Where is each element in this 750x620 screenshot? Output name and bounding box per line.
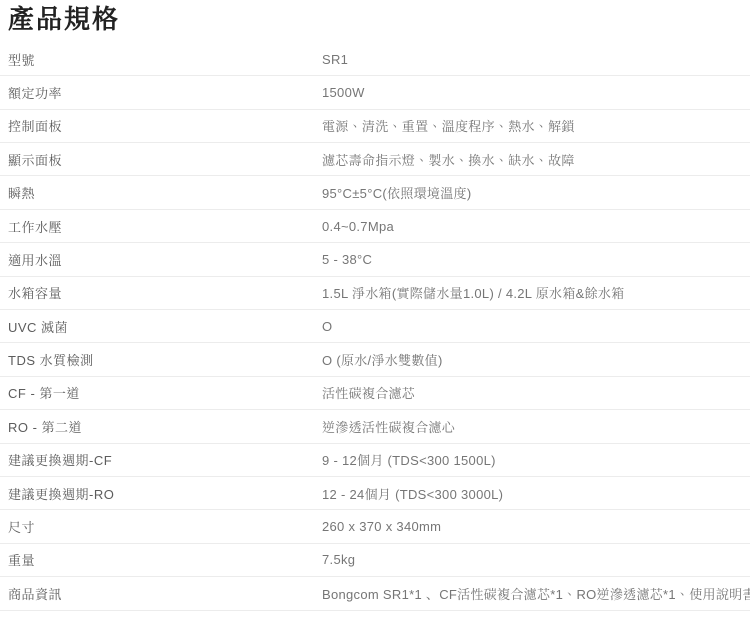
spec-row-label: 尺寸 <box>0 517 322 536</box>
spec-row-value: 7.5kg <box>322 552 750 567</box>
spec-row-value: 1500W <box>322 85 750 100</box>
spec-row-label: UVC 滅菌 <box>0 317 322 336</box>
spec-row-label: RO - 第二道 <box>0 417 322 436</box>
spec-row-value: 260 x 370 x 340mm <box>322 519 750 534</box>
spec-row-value: 活性碳複合濾芯 <box>322 383 750 402</box>
spec-row-value: 逆滲透活性碳複合濾心 <box>322 417 750 436</box>
spec-table-row: 控制面板 電源、清洗、重置、溫度程序、熱水、解鎖 <box>0 110 750 143</box>
spec-row-value: 12 - 24個月 (TDS<300 3000L) <box>322 484 750 503</box>
spec-row-label: 顯示面板 <box>0 150 322 169</box>
spec-row-value: O <box>322 319 750 334</box>
spec-row-value: 95°C±5°C(依照環境溫度) <box>322 183 750 202</box>
product-spec-page: 產品規格 型號 SR1 額定功率 1500W 控制面板 電源、清洗、重置、溫度程… <box>0 0 750 620</box>
spec-row-label: 重量 <box>0 550 322 569</box>
spec-row-label: 水箱容量 <box>0 283 322 302</box>
spec-row-label: 額定功率 <box>0 83 322 102</box>
spec-row-label: 瞬熱 <box>0 183 322 202</box>
spec-row-value: 電源、清洗、重置、溫度程序、熱水、解鎖 <box>322 116 750 135</box>
spec-table-row: 水箱容量 1.5L 淨水箱(實際儲水量1.0L) / 4.2L 原水箱&餘水箱 <box>0 277 750 310</box>
spec-row-label: TDS 水質檢測 <box>0 350 322 369</box>
spec-table-row: RO - 第二道 逆滲透活性碳複合濾心 <box>0 410 750 443</box>
page-title: 產品規格 <box>0 0 750 35</box>
spec-row-value: 1.5L 淨水箱(實際儲水量1.0L) / 4.2L 原水箱&餘水箱 <box>322 283 750 302</box>
spec-table-row: 商品資訊 Bongcom SR1*1 、CF活性碳複合濾芯*1、RO逆滲透濾芯*… <box>0 577 750 610</box>
spec-row-value: 9 - 12個月 (TDS<300 1500L) <box>322 450 750 469</box>
spec-table-row: 額定功率 1500W <box>0 76 750 109</box>
spec-table-row: 尺寸 260 x 370 x 340mm <box>0 510 750 543</box>
spec-table-row: 重量 7.5kg <box>0 544 750 577</box>
spec-row-label: CF - 第一道 <box>0 383 322 402</box>
spec-row-value: O (原水/淨水雙數值) <box>322 350 750 369</box>
spec-row-label: 商品資訊 <box>0 584 322 603</box>
spec-row-label: 建議更換週期-RO <box>0 484 322 503</box>
spec-table-row: 型號 SR1 <box>0 43 750 76</box>
spec-table: 型號 SR1 額定功率 1500W 控制面板 電源、清洗、重置、溫度程序、熱水、… <box>0 43 750 611</box>
spec-row-value: SR1 <box>322 52 750 67</box>
spec-row-value: 0.4~0.7Mpa <box>322 219 750 234</box>
spec-table-row: 顯示面板 濾芯壽命指示燈、製水、換水、缺水、故障 <box>0 143 750 176</box>
spec-row-label: 型號 <box>0 50 322 69</box>
spec-row-value: 濾芯壽命指示燈、製水、換水、缺水、故障 <box>322 150 750 169</box>
spec-table-row: CF - 第一道 活性碳複合濾芯 <box>0 377 750 410</box>
spec-row-value: Bongcom SR1*1 、CF活性碳複合濾芯*1、RO逆滲透濾芯*1、使用說… <box>322 584 750 603</box>
spec-table-row: 適用水溫 5 - 38°C <box>0 243 750 276</box>
spec-table-row: UVC 滅菌 O <box>0 310 750 343</box>
spec-row-label: 控制面板 <box>0 116 322 135</box>
spec-row-label: 工作水壓 <box>0 217 322 236</box>
spec-table-row: 建議更換週期-CF 9 - 12個月 (TDS<300 1500L) <box>0 444 750 477</box>
spec-row-label: 適用水溫 <box>0 250 322 269</box>
spec-row-label: 建議更換週期-CF <box>0 450 322 469</box>
spec-table-row: 瞬熱 95°C±5°C(依照環境溫度) <box>0 176 750 209</box>
spec-table-row: TDS 水質檢測 O (原水/淨水雙數值) <box>0 343 750 376</box>
spec-table-row: 建議更換週期-RO 12 - 24個月 (TDS<300 3000L) <box>0 477 750 510</box>
spec-table-row: 工作水壓 0.4~0.7Mpa <box>0 210 750 243</box>
spec-row-value: 5 - 38°C <box>322 252 750 267</box>
